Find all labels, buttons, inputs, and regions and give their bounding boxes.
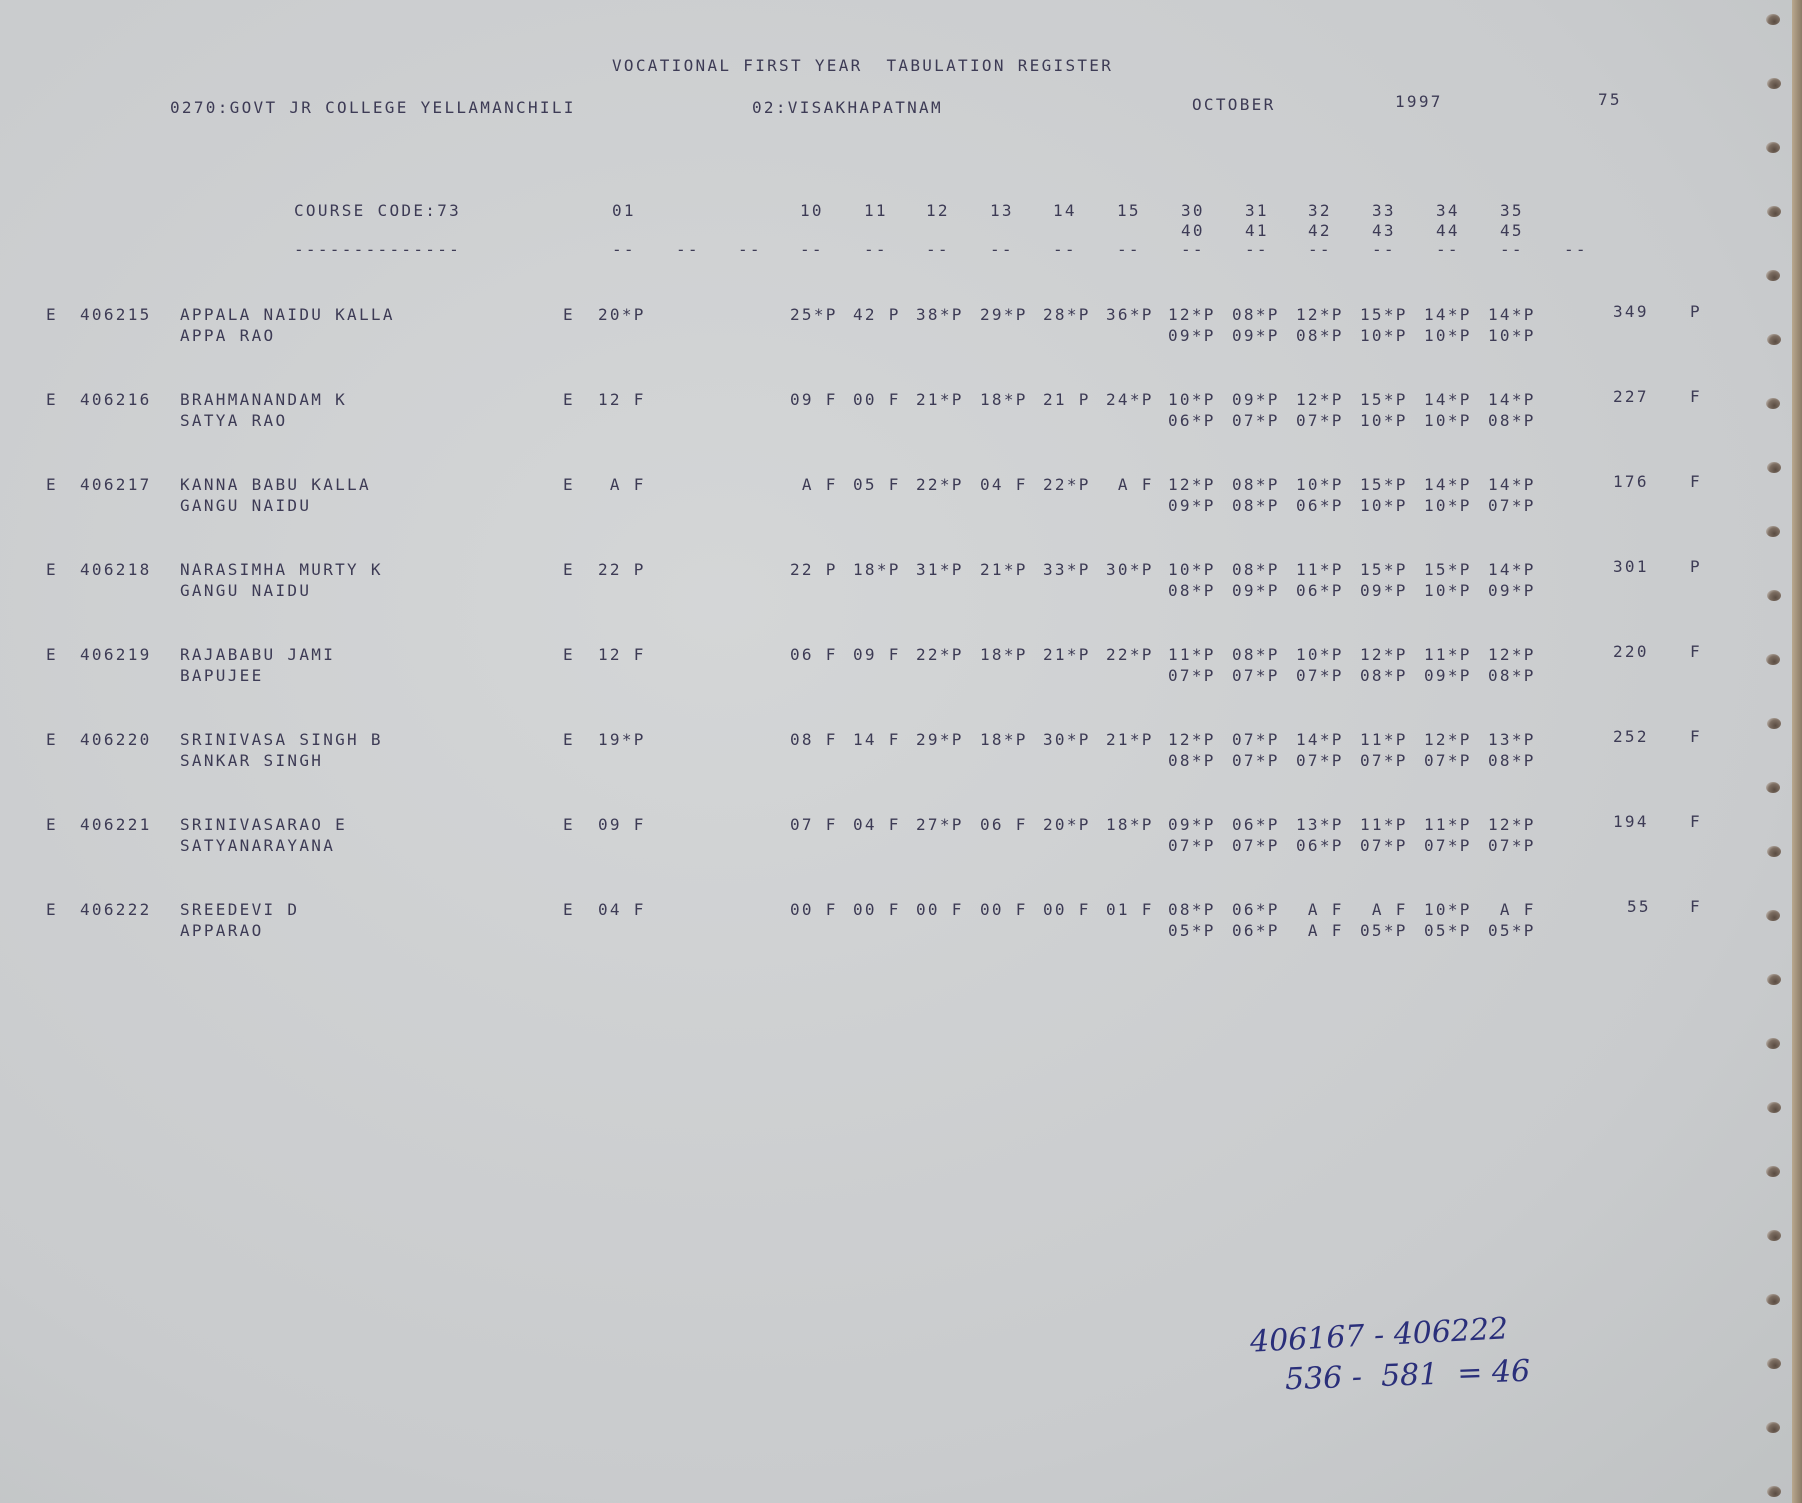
mark-cell: 33*P [1043,560,1091,579]
mark-cell-secondary: 10*P [1488,326,1536,345]
mark-cell: 14*P [1424,305,1472,324]
student-name: NARASIMHA MURTY K [180,560,383,579]
subject-underline: -- [612,240,636,259]
mark-cell: 14*P [1488,475,1536,494]
mark-cell: 01 F [1106,900,1154,919]
feed-hole [1766,142,1780,153]
mark-cell: 15*P [1424,560,1472,579]
result-status: P [1690,557,1702,576]
paper-edge [1792,0,1802,1503]
total-marks: 252 [1613,727,1649,746]
father-name: APPA RAO [180,326,275,345]
mark-cell: 06*P [1232,815,1280,834]
feed-hole [1766,1294,1780,1305]
result-status: F [1690,897,1702,916]
total-marks: 227 [1613,387,1649,406]
feed-hole [1767,206,1781,217]
medium-code: E [563,645,575,664]
student-category: E [46,730,58,749]
mark-cell: 10*P [1168,560,1216,579]
hall-ticket-number: 406219 [80,645,152,664]
student-category: E [46,900,58,919]
subject-underline: -- [1181,240,1205,259]
subject-header: 11 [864,201,888,220]
total-marks: 301 [1613,557,1649,576]
subject-underline: -- [1053,240,1077,259]
mark-cell-secondary: 07*P [1232,751,1280,770]
mark-cell: 11*P [1296,560,1344,579]
mark-subject-01: 12 F [598,645,646,664]
feed-hole [1766,14,1780,25]
mark-cell-secondary: 07*P [1168,666,1216,685]
subject-header: 13 [990,201,1014,220]
medium-code: E [563,730,575,749]
mark-cell: 12*P [1360,645,1408,664]
mark-cell: 18*P [980,645,1028,664]
mark-cell-secondary: 08*P [1296,326,1344,345]
mark-cell-secondary: 08*P [1168,581,1216,600]
mark-cell-secondary: 05*P [1488,921,1536,940]
subject-underline: -- [926,240,950,259]
feed-hole [1766,782,1780,793]
feed-hole [1766,1166,1780,1177]
mark-subject-01: 19*P [598,730,646,749]
subject-header: 15 [1117,201,1141,220]
mark-cell: 14*P [1424,390,1472,409]
mark-cell: 08 F [790,730,838,749]
student-name: SRINIVASARAO E [180,815,347,834]
mark-cell: 08*P [1232,560,1280,579]
mark-cell: 30*P [1106,560,1154,579]
mark-cell-secondary: 07*P [1232,411,1280,430]
student-category: E [46,305,58,324]
mark-cell: 12*P [1488,645,1536,664]
mark-cell: 10*P [1296,475,1344,494]
mark-cell-secondary: 08*P [1488,666,1536,685]
mark-cell: 21*P [1106,730,1154,749]
mark-cell: 11*P [1360,815,1408,834]
mark-cell-secondary: 05*P [1424,921,1472,940]
mark-cell: 15*P [1360,475,1408,494]
mark-cell: 00 F [980,900,1028,919]
mark-cell: 21*P [1043,645,1091,664]
mark-cell: 22*P [1043,475,1091,494]
feed-hole [1767,1230,1781,1241]
father-name: SATYANARAYANA [180,836,335,855]
father-name: SANKAR SINGH [180,751,323,770]
total-marks: 349 [1613,302,1649,321]
result-status: F [1690,472,1702,491]
mark-cell: 22*P [916,645,964,664]
mark-cell: 11*P [1424,645,1472,664]
father-name: GANGU NAIDU [180,581,311,600]
mark-cell-secondary: 07*P [1296,666,1344,685]
feed-hole [1767,1358,1781,1369]
mark-cell: 10*P [1168,390,1216,409]
subject-header: 34 [1436,201,1460,220]
mark-cell-secondary: 10*P [1424,411,1472,430]
subject-header: 01 [612,201,636,220]
result-status: F [1690,727,1702,746]
feed-hole [1767,846,1781,857]
feed-hole [1767,334,1781,345]
mark-cell-secondary: 09*P [1232,326,1280,345]
mark-cell: 12*P [1168,475,1216,494]
father-name: APPARAO [180,921,264,940]
mark-cell-secondary: 07*P [1488,836,1536,855]
page-number: 75 [1598,90,1622,109]
mark-cell: 18*P [980,390,1028,409]
mark-cell-secondary: 10*P [1360,326,1408,345]
mark-cell-secondary: A F [1296,921,1344,940]
student-name: SRINIVASA SINGH B [180,730,383,749]
tractor-feed-holes [1760,0,1790,1503]
mark-cell: 06 F [790,645,838,664]
mark-cell: 12*P [1168,305,1216,324]
mark-cell: A F [1360,900,1408,919]
mark-cell: 11*P [1360,730,1408,749]
student-name: APPALA NAIDU KALLA [180,305,395,324]
feed-hole [1766,526,1780,537]
subject-underline: -- [1436,240,1460,259]
mark-cell-secondary: 07*P [1488,496,1536,515]
mark-cell: 10*P [1296,645,1344,664]
course-code: COURSE CODE:73 [294,201,461,220]
mark-cell-secondary: 05*P [1360,921,1408,940]
student-name: RAJABABU JAMI [180,645,335,664]
subject-header: 14 [1053,201,1077,220]
course-underline: -------------- [294,240,461,259]
feed-hole [1767,590,1781,601]
feed-hole [1767,462,1781,473]
mark-cell: 15*P [1360,560,1408,579]
mark-cell: 06 F [980,815,1028,834]
mark-cell: 11*P [1168,645,1216,664]
subject-underline: -- [738,240,762,259]
mark-cell: 18*P [1106,815,1154,834]
result-status: F [1690,387,1702,406]
mark-cell: 15*P [1360,305,1408,324]
mark-cell: 18*P [853,560,901,579]
mark-cell: 12*P [1296,390,1344,409]
mark-cell: 12*P [1168,730,1216,749]
college-name: 0270:GOVT JR COLLEGE YELLAMANCHILI [170,98,576,117]
subject-underline: -- [676,240,700,259]
medium-code: E [563,305,575,324]
mark-cell: 22*P [916,475,964,494]
mark-cell: A F [1106,475,1154,494]
hall-ticket-number: 406216 [80,390,152,409]
student-category: E [46,390,58,409]
subject-header-secondary: 43 [1372,221,1396,240]
subject-header-secondary: 40 [1181,221,1205,240]
subject-header: 12 [926,201,950,220]
hall-ticket-number: 406218 [80,560,152,579]
mark-cell: 14*P [1296,730,1344,749]
subject-underline: -- [800,240,824,259]
mark-cell: 30*P [1043,730,1091,749]
mark-cell: 09 F [790,390,838,409]
mark-cell: 09*P [1168,815,1216,834]
mark-cell: 29*P [980,305,1028,324]
mark-cell-secondary: 09*P [1168,326,1216,345]
mark-cell: 09*P [1232,390,1280,409]
mark-cell: 14 F [853,730,901,749]
medium-code: E [563,475,575,494]
feed-hole [1767,718,1781,729]
mark-cell: 10*P [1424,900,1472,919]
mark-cell: 24*P [1106,390,1154,409]
subject-header: 10 [800,201,824,220]
district-name: 02:VISAKHAPATNAM [752,98,943,117]
mark-cell: 14*P [1488,560,1536,579]
hall-ticket-number: 406217 [80,475,152,494]
exam-month: OCTOBER [1192,95,1276,114]
subject-underline: -- [864,240,888,259]
subject-header: 35 [1500,201,1524,220]
mark-cell: 15*P [1360,390,1408,409]
mark-cell: 00 F [916,900,964,919]
feed-hole [1766,1038,1780,1049]
mark-cell: 27*P [916,815,964,834]
feed-hole [1766,910,1780,921]
mark-cell: 18*P [980,730,1028,749]
mark-cell: 13*P [1296,815,1344,834]
mark-cell: 38*P [916,305,964,324]
medium-code: E [563,815,575,834]
mark-cell: 00 F [853,900,901,919]
mark-cell-secondary: 10*P [1424,326,1472,345]
mark-cell: 12*P [1488,815,1536,834]
subject-header: 30 [1181,201,1205,220]
mark-cell: 07 F [790,815,838,834]
mark-cell-secondary: 08*P [1488,411,1536,430]
mark-cell: 25*P [790,305,838,324]
mark-cell-secondary: 07*P [1424,751,1472,770]
register-title: VOCATIONAL FIRST YEAR TABULATION REGISTE… [612,56,1113,75]
hall-ticket-number: 406220 [80,730,152,749]
total-marks: 55 [1627,897,1651,916]
mark-cell: 09 F [853,645,901,664]
mark-cell: 08*P [1232,305,1280,324]
mark-cell-secondary: 08*P [1168,751,1216,770]
mark-subject-01: 04 F [598,900,646,919]
student-name: BRAHMANANDAM K [180,390,347,409]
mark-cell-secondary: 06*P [1232,921,1280,940]
feed-hole [1767,1486,1781,1497]
mark-cell-secondary: 07*P [1232,666,1280,685]
mark-cell-secondary: 05*P [1168,921,1216,940]
mark-cell: 00 F [1043,900,1091,919]
mark-cell: A F [1296,900,1344,919]
result-status: F [1690,812,1702,831]
mark-cell-secondary: 06*P [1296,836,1344,855]
total-marks: 176 [1613,472,1649,491]
mark-subject-01: 22 P [598,560,646,579]
mark-cell-secondary: 07*P [1168,836,1216,855]
mark-cell-secondary: 07*P [1424,836,1472,855]
mark-cell-secondary: 08*P [1360,666,1408,685]
mark-cell-secondary: 07*P [1360,836,1408,855]
exam-year: 1997 [1395,92,1443,111]
mark-cell: 29*P [916,730,964,749]
mark-cell: 05 F [853,475,901,494]
mark-subject-01: 12 F [598,390,646,409]
mark-cell: 07*P [1232,730,1280,749]
hall-ticket-number: 406221 [80,815,152,834]
subject-underline: -- [1308,240,1332,259]
mark-cell-secondary: 09*P [1360,581,1408,600]
mark-cell: 14*P [1424,475,1472,494]
student-category: E [46,815,58,834]
subject-underline: -- [990,240,1014,259]
mark-cell: 00 F [790,900,838,919]
subject-header-secondary: 41 [1245,221,1269,240]
student-name: KANNA BABU KALLA [180,475,371,494]
subject-underline: -- [1500,240,1524,259]
student-category: E [46,645,58,664]
mark-cell-secondary: 10*P [1424,496,1472,515]
subject-header-secondary: 42 [1308,221,1332,240]
mark-cell-secondary: 07*P [1296,411,1344,430]
subject-underline: -- [1372,240,1396,259]
father-name: SATYA RAO [180,411,287,430]
mark-cell: 21 P [1043,390,1091,409]
subject-header: 33 [1372,201,1396,220]
mark-cell: A F [1488,900,1536,919]
mark-cell: 22 P [790,560,838,579]
father-name: BAPUJEE [180,666,264,685]
mark-cell-secondary: 10*P [1360,496,1408,515]
medium-code: E [563,390,575,409]
mark-cell: 06*P [1232,900,1280,919]
medium-code: E [563,900,575,919]
mark-cell: 28*P [1043,305,1091,324]
mark-cell: 31*P [916,560,964,579]
feed-hole [1766,398,1780,409]
mark-cell: 08*P [1232,475,1280,494]
subject-underline: -- [1117,240,1141,259]
mark-cell: 08*P [1232,645,1280,664]
mark-cell-secondary: 07*P [1232,836,1280,855]
mark-cell: 14*P [1488,390,1536,409]
mark-cell-secondary: 07*P [1360,751,1408,770]
mark-cell-secondary: 06*P [1296,496,1344,515]
medium-code: E [563,560,575,579]
mark-subject-01: 20*P [598,305,646,324]
feed-hole [1766,654,1780,665]
subject-underline: -- [1564,240,1588,259]
student-category: E [46,475,58,494]
subject-header: 32 [1308,201,1332,220]
mark-cell-secondary: 09*P [1168,496,1216,515]
mark-cell-secondary: 06*P [1168,411,1216,430]
subject-header-secondary: 45 [1500,221,1524,240]
father-name: GANGU NAIDU [180,496,311,515]
mark-cell-secondary: 06*P [1296,581,1344,600]
mark-cell-secondary: 10*P [1424,581,1472,600]
total-marks: 194 [1613,812,1649,831]
feed-hole [1766,270,1780,281]
mark-cell-secondary: 09*P [1232,581,1280,600]
result-status: F [1690,642,1702,661]
mark-cell: 12*P [1424,730,1472,749]
mark-cell-secondary: 08*P [1232,496,1280,515]
subject-header: 31 [1245,201,1269,220]
mark-cell: 14*P [1488,305,1536,324]
feed-hole [1767,974,1781,985]
mark-cell: 04 F [853,815,901,834]
mark-cell: 20*P [1043,815,1091,834]
subject-underline: -- [1245,240,1269,259]
mark-cell-secondary: 09*P [1424,666,1472,685]
mark-cell-secondary: 10*P [1360,411,1408,430]
mark-cell: 04 F [980,475,1028,494]
mark-cell: 11*P [1424,815,1472,834]
mark-subject-01: A F [598,475,646,494]
hall-ticket-number: 406215 [80,305,152,324]
total-marks: 220 [1613,642,1649,661]
student-category: E [46,560,58,579]
mark-cell: A F [790,475,838,494]
mark-cell-secondary: 09*P [1488,581,1536,600]
mark-cell: 00 F [853,390,901,409]
mark-cell: 12*P [1296,305,1344,324]
mark-cell-secondary: 07*P [1296,751,1344,770]
mark-cell: 22*P [1106,645,1154,664]
feed-hole [1767,1102,1781,1113]
mark-cell: 42 P [853,305,901,324]
mark-cell: 13*P [1488,730,1536,749]
student-name: SREEDEVI D [180,900,299,919]
result-status: P [1690,302,1702,321]
mark-subject-01: 09 F [598,815,646,834]
subject-header-secondary: 44 [1436,221,1460,240]
hall-ticket-number: 406222 [80,900,152,919]
mark-cell: 21*P [916,390,964,409]
feed-hole [1766,1422,1780,1433]
feed-hole [1767,78,1781,89]
mark-cell: 36*P [1106,305,1154,324]
mark-cell-secondary: 08*P [1488,751,1536,770]
mark-cell: 21*P [980,560,1028,579]
mark-cell: 08*P [1168,900,1216,919]
